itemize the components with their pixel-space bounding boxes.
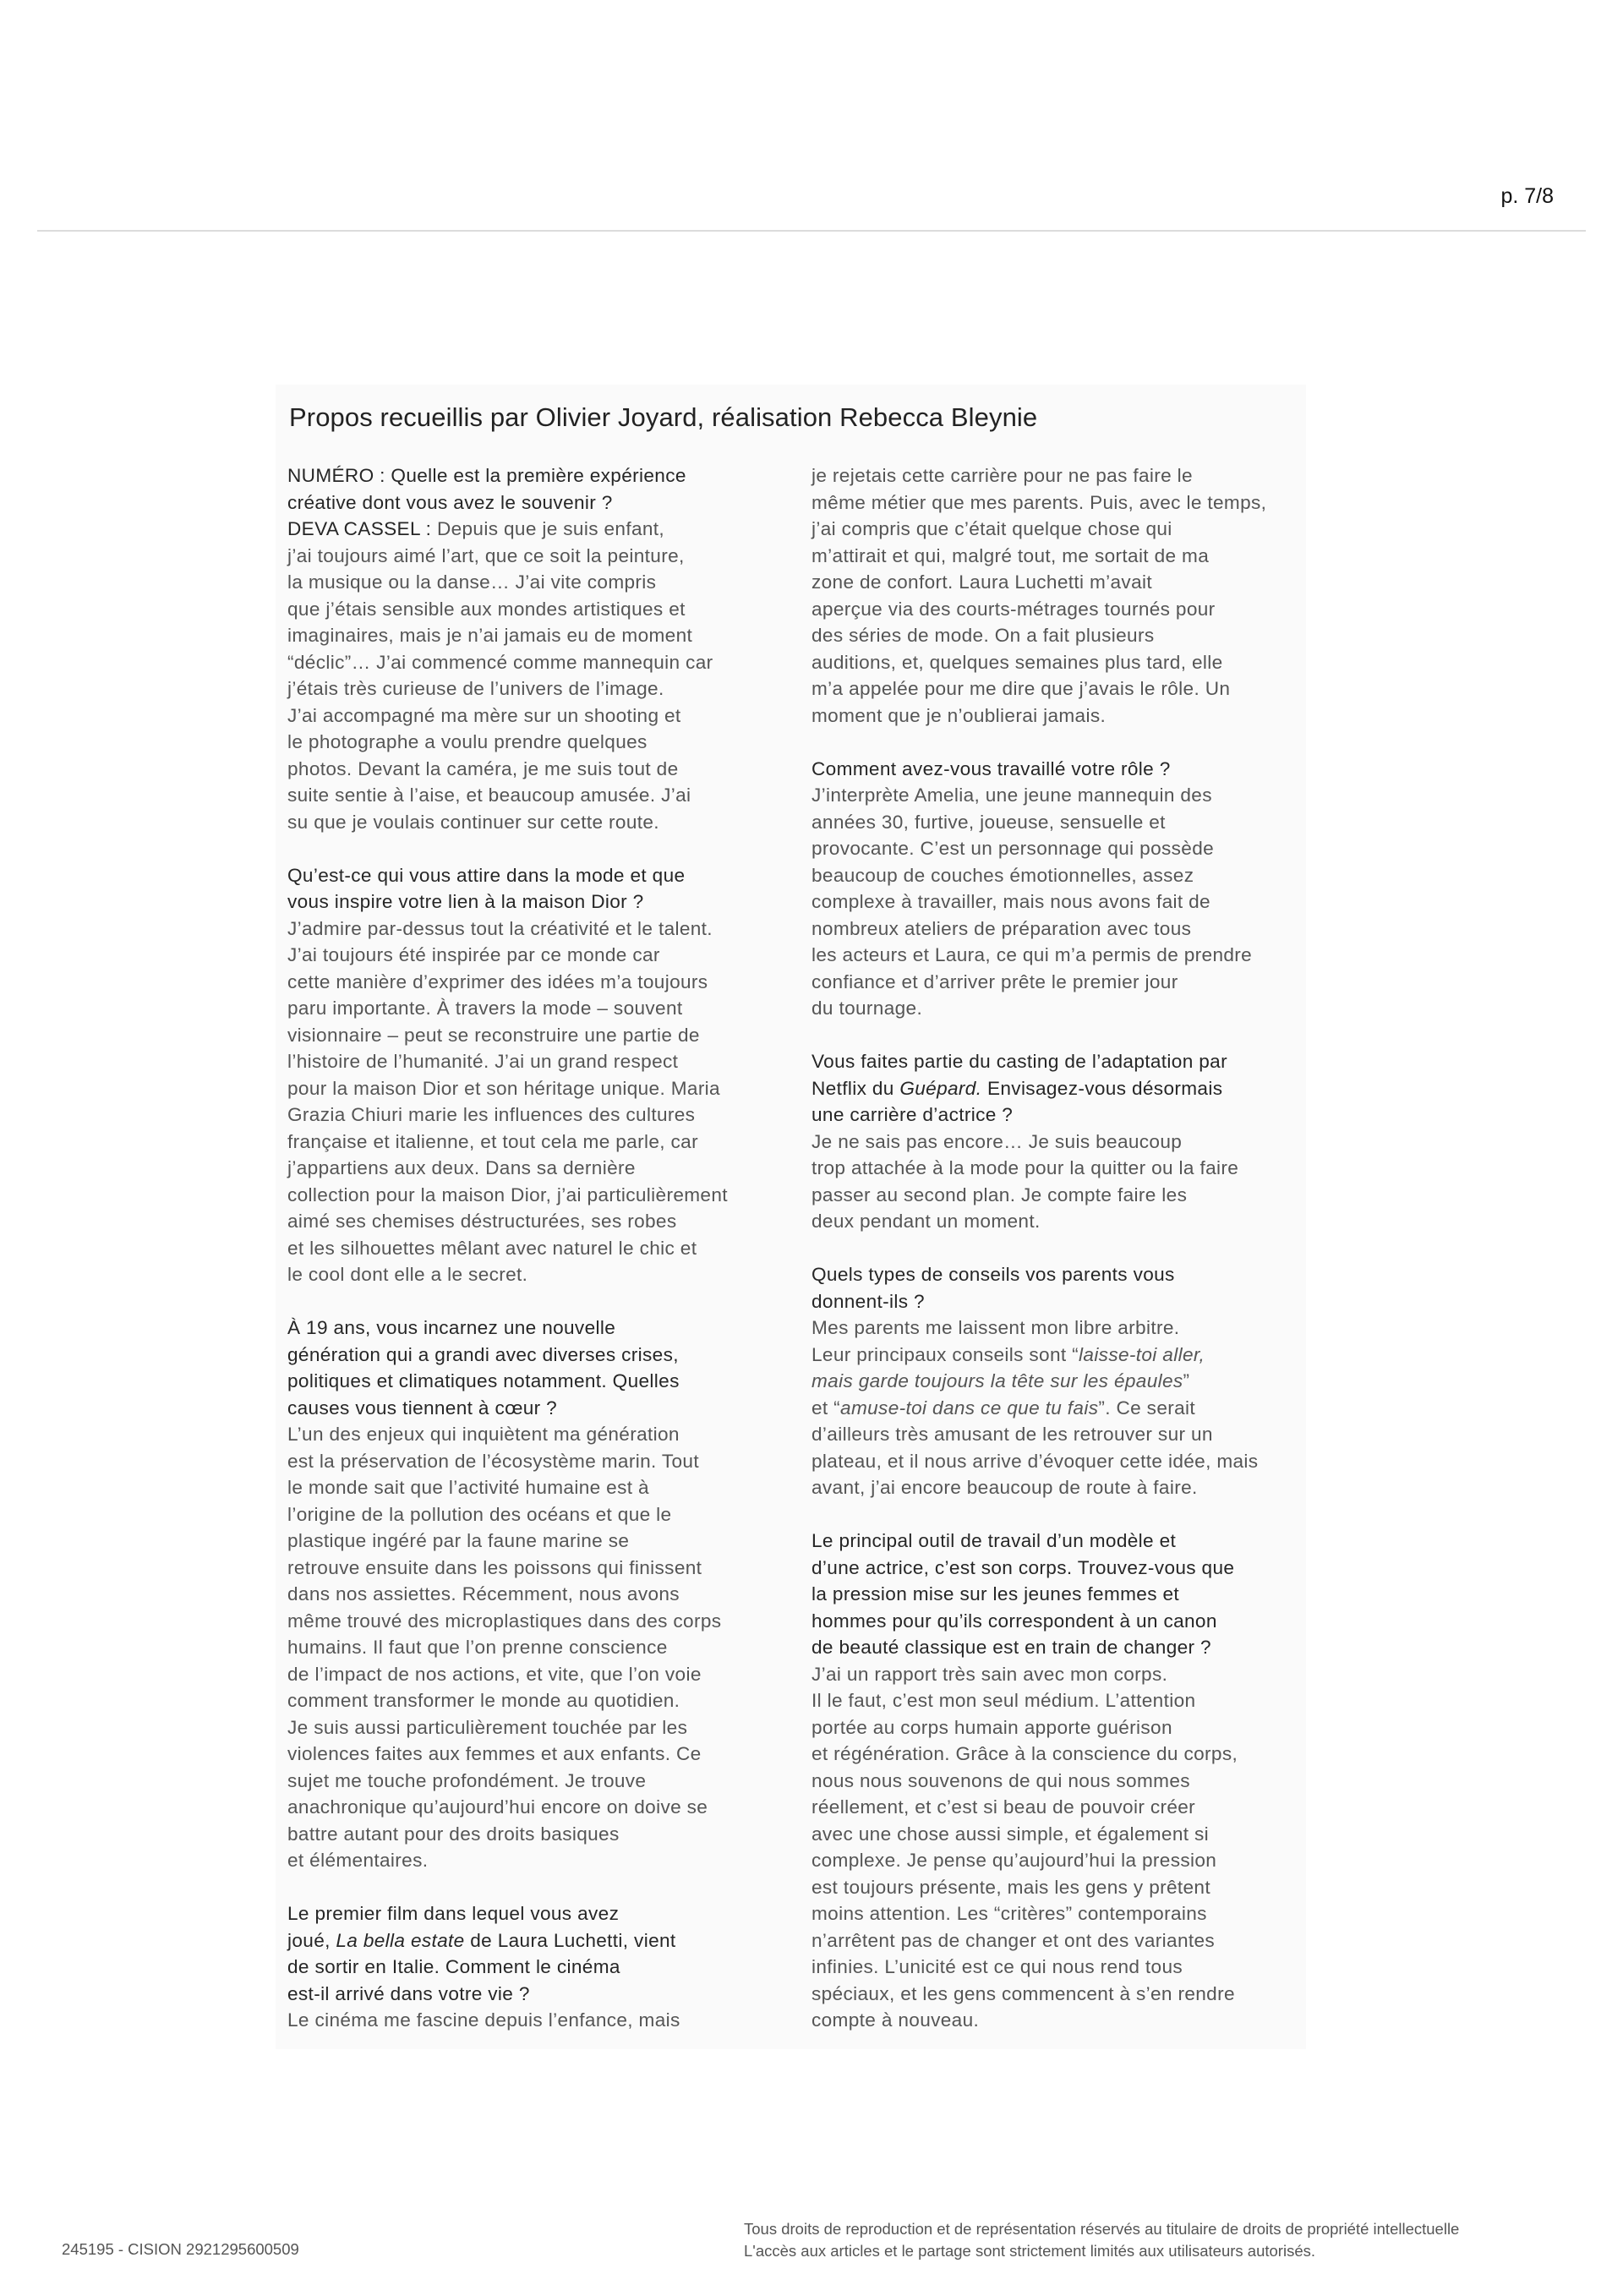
question-line: NUMÉRO : Quelle est la première expérien…	[287, 462, 761, 489]
question-line: À 19 ans, vous incarnez une nouvelle	[287, 1315, 761, 1342]
answer-line: provocante. C’est un personnage qui poss…	[811, 835, 1285, 862]
answer-line: Je suis aussi particulièrement touchée p…	[287, 1714, 761, 1741]
answer-line: du tournage.	[811, 995, 1285, 1022]
answer-line: L’un des enjeux qui inquiètent ma généra…	[287, 1421, 761, 1448]
answer-line: suite sentie à l’aise, et beaucoup amusé…	[287, 782, 761, 809]
answer-line: Grazia Chiuri marie les influences des c…	[287, 1102, 761, 1129]
paragraph-gap	[811, 1022, 1285, 1049]
question-line: Quels types de conseils vos parents vous	[811, 1261, 1285, 1288]
answer-line: compte à nouveau.	[811, 2007, 1285, 2034]
answer-line: le cool dont elle a le secret.	[287, 1261, 761, 1288]
answer-line: imaginaires, mais je n’ai jamais eu de m…	[287, 622, 761, 649]
answer-line: même métier que mes parents. Puis, avec …	[811, 489, 1285, 517]
answer-line: la musique ou la danse… J’ai vite compri…	[287, 569, 761, 596]
answer-line: j’ai compris que c’était quelque chose q…	[811, 516, 1285, 543]
paragraph-gap	[811, 729, 1285, 756]
answer-line: je rejetais cette carrière pour ne pas f…	[811, 462, 1285, 489]
text-run: ”	[1183, 1370, 1190, 1391]
answer-line: mais garde toujours la tête sur les épau…	[811, 1368, 1285, 1395]
answer-line: de l’impact de nos actions, et vite, que…	[287, 1661, 761, 1688]
question-line: Qu’est-ce qui vous attire dans la mode e…	[287, 862, 761, 889]
question-line: Le principal outil de travail d’un modèl…	[811, 1528, 1285, 1555]
answer-line: j’appartiens aux deux. Dans sa dernière	[287, 1155, 761, 1182]
answer-line: zone de confort. Laura Luchetti m’avait	[811, 569, 1285, 596]
question-line: politiques et climatiques notamment. Que…	[287, 1368, 761, 1395]
answer-line: m’attirait et qui, malgré tout, me sorta…	[811, 543, 1285, 570]
text-run: Netflix du	[811, 1078, 899, 1099]
question-line: joué, La bella estate de Laura Luchetti,…	[287, 1927, 761, 1954]
answer-line: aperçue via des courts-métrages tournés …	[811, 596, 1285, 623]
question-line: d’une actrice, c’est son corps. Trouvez-…	[811, 1555, 1285, 1582]
answer-line: confiance et d’arriver prête le premier …	[811, 969, 1285, 996]
answer-line: est toujours présente, mais les gens y p…	[811, 1874, 1285, 1901]
article-credit: Propos recueillis par Olivier Joyard, ré…	[289, 402, 1037, 433]
answer-line: cette manière d’exprimer des idées m’a t…	[287, 969, 761, 996]
answer-line: pour la maison Dior et son héritage uniq…	[287, 1075, 761, 1102]
answer-line: J’ai un rapport très sain avec mon corps…	[811, 1661, 1285, 1688]
answer-line: française et italienne, et tout cela me …	[287, 1129, 761, 1156]
answer-line: battre autant pour des droits basiques	[287, 1821, 761, 1848]
question-line: causes vous tiennent à cœur ?	[287, 1395, 761, 1422]
answer-line: moins attention. Les “critères” contempo…	[811, 1900, 1285, 1927]
answer-line: beaucoup de couches émotionnelles, assez	[811, 862, 1285, 889]
answer-line: j’ai toujours aimé l’art, que ce soit la…	[287, 543, 761, 570]
answer-line: Leur principaux conseils sont “laisse-to…	[811, 1342, 1285, 1369]
text-run: de Laura Luchetti, vient	[465, 1930, 676, 1951]
answer-line: plateau, et il nous arrive d’évoquer cet…	[811, 1448, 1285, 1475]
italic-text: Guépard.	[899, 1078, 981, 1099]
answer-line: j’étais très curieuse de l’univers de l’…	[287, 675, 761, 702]
answer-line: le monde sait que l’activité humaine est…	[287, 1474, 761, 1501]
header-divider	[37, 230, 1586, 232]
answer-line: nous nous souvenons de qui nous sommes	[811, 1768, 1285, 1795]
text-run: Leur principaux conseils sont “	[811, 1344, 1079, 1365]
answer-line: humains. Il faut que l’on prenne conscie…	[287, 1634, 761, 1661]
answer-line: Mes parents me laissent mon libre arbitr…	[811, 1315, 1285, 1342]
question-line: génération qui a grandi avec diverses cr…	[287, 1342, 761, 1369]
answer-line: les acteurs et Laura, ce qui m’a permis …	[811, 942, 1285, 969]
article-column-left: NUMÉRO : Quelle est la première expérien…	[287, 462, 761, 2034]
page-indicator: p. 7/8	[1500, 184, 1554, 209]
answer-line: retrouve ensuite dans les poissons qui f…	[287, 1555, 761, 1582]
answer-line: Je ne sais pas encore… Je suis beaucoup	[811, 1129, 1285, 1156]
answer-line: que j’étais sensible aux mondes artistiq…	[287, 596, 761, 623]
italic-text: La bella estate	[336, 1930, 464, 1951]
answer-line: J’admire par-dessus tout la créativité e…	[287, 916, 761, 943]
answer-line: nombreux ateliers de préparation avec to…	[811, 916, 1285, 943]
answer-line: su que je voulais continuer sur cette ro…	[287, 809, 761, 836]
answer-line: J’ai toujours été inspirée par ce monde …	[287, 942, 761, 969]
answer-line: photos. Devant la caméra, je me suis tou…	[287, 756, 761, 783]
answer-line: portée au corps humain apporte guérison	[811, 1714, 1285, 1741]
legal-notice-line-1: Tous droits de reproduction et de représ…	[744, 2218, 1459, 2240]
paragraph-gap	[811, 1501, 1285, 1528]
answer-line: l’origine de la pollution des océans et …	[287, 1501, 761, 1528]
answer-line: avant, j’ai encore beaucoup de route à f…	[811, 1474, 1285, 1501]
answer-line: plastique ingéré par la faune marine se	[287, 1528, 761, 1555]
text-run: joué,	[287, 1930, 336, 1951]
question-line: de sortir en Italie. Comment le cinéma	[287, 1954, 761, 1981]
answer-line: comment transformer le monde au quotidie…	[287, 1687, 761, 1714]
legal-notice-line-2: L'accès aux articles et le partage sont …	[744, 2240, 1459, 2262]
question-line: Le premier film dans lequel vous avez	[287, 1900, 761, 1927]
question-line: est-il arrivé dans votre vie ?	[287, 1981, 761, 2008]
italic-text: mais garde toujours la tête sur les épau…	[811, 1370, 1183, 1391]
answer-line: réellement, et c’est si beau de pouvoir …	[811, 1794, 1285, 1821]
text-run: DEVA CASSEL :	[287, 518, 437, 539]
text-run: ”. Ce serait	[1098, 1397, 1195, 1419]
text-run: et “	[811, 1397, 840, 1419]
answer-line: le photographe a voulu prendre quelques	[287, 729, 761, 756]
article-panel: Propos recueillis par Olivier Joyard, ré…	[276, 385, 1306, 2049]
answer-line: passer au second plan. Je compte faire l…	[811, 1182, 1285, 1209]
question-line: vous inspire votre lien à la maison Dior…	[287, 888, 761, 916]
question-line: la pression mise sur les jeunes femmes e…	[811, 1581, 1285, 1608]
legal-notice: Tous droits de reproduction et de représ…	[744, 2218, 1459, 2262]
paragraph-gap	[287, 835, 761, 862]
answer-line: violences faites aux femmes et aux enfan…	[287, 1741, 761, 1768]
answer-line: est la préservation de l’écosystème mari…	[287, 1448, 761, 1475]
answer-line: DEVA CASSEL : Depuis que je suis enfant,	[287, 516, 761, 543]
text-run: Envisagez-vous désormais	[981, 1078, 1222, 1099]
paragraph-gap	[811, 1235, 1285, 1262]
answer-line: auditions, et, quelques semaines plus ta…	[811, 649, 1285, 676]
answer-line: Il le faut, c’est mon seul médium. L’att…	[811, 1687, 1285, 1714]
question-line: hommes pour qu’ils correspondent à un ca…	[811, 1608, 1285, 1635]
answer-line: avec une chose aussi simple, et égalemen…	[811, 1821, 1285, 1848]
answer-line: paru importante. À travers la mode – sou…	[287, 995, 761, 1022]
question-line: créative dont vous avez le souvenir ?	[287, 489, 761, 517]
answer-line: infinies. L’unicité est ce qui nous rend…	[811, 1954, 1285, 1981]
answer-line: anachronique qu’aujourd’hui encore on do…	[287, 1794, 761, 1821]
italic-text: laisse-toi aller,	[1079, 1344, 1205, 1365]
text-run: Depuis que je suis enfant,	[437, 518, 664, 539]
question-line: une carrière d’actrice ?	[811, 1102, 1285, 1129]
answer-line: J’ai accompagné ma mère sur un shooting …	[287, 702, 761, 730]
answer-line: moment que je n’oublierai jamais.	[811, 702, 1285, 730]
article-column-right: je rejetais cette carrière pour ne pas f…	[811, 462, 1285, 2034]
answer-line: années 30, furtive, joueuse, sensuelle e…	[811, 809, 1285, 836]
answer-line: spéciaux, et les gens commencent à s’en …	[811, 1981, 1285, 2008]
answer-line: et régénération. Grâce à la conscience d…	[811, 1741, 1285, 1768]
answer-line: dans nos assiettes. Récemment, nous avon…	[287, 1581, 761, 1608]
answer-line: collection pour la maison Dior, j’ai par…	[287, 1182, 761, 1209]
answer-line: Le cinéma me fascine depuis l’enfance, m…	[287, 2007, 761, 2034]
italic-text: amuse-toi dans ce que tu fais	[840, 1397, 1098, 1419]
answer-line: complexe. Je pense qu’aujourd’hui la pre…	[811, 1847, 1285, 1874]
answer-line: m’a appelée pour me dire que j’avais le …	[811, 675, 1285, 702]
answer-line: et élémentaires.	[287, 1847, 761, 1874]
answer-line: et “amuse-toi dans ce que tu fais”. Ce s…	[811, 1395, 1285, 1422]
answer-line: “déclic”… J’ai commencé comme mannequin …	[287, 649, 761, 676]
answer-line: deux pendant un moment.	[811, 1208, 1285, 1235]
answer-line: même trouvé des microplastiques dans des…	[287, 1608, 761, 1635]
question-line: Comment avez-vous travaillé votre rôle ?	[811, 756, 1285, 783]
question-line: Vous faites partie du casting de l’adapt…	[811, 1048, 1285, 1075]
answer-line: des séries de mode. On a fait plusieurs	[811, 622, 1285, 649]
answer-line: J’interprète Amelia, une jeune mannequin…	[811, 782, 1285, 809]
paragraph-gap	[287, 1288, 761, 1315]
question-line: Netflix du Guépard. Envisagez-vous désor…	[811, 1075, 1285, 1102]
answer-line: trop attachée à la mode pour la quitter …	[811, 1155, 1285, 1182]
answer-line: d’ailleurs très amusant de les retrouver…	[811, 1421, 1285, 1448]
question-line: de beauté classique est en train de chan…	[811, 1634, 1285, 1661]
answer-line: et les silhouettes mêlant avec naturel l…	[287, 1235, 761, 1262]
answer-line: n’arrêtent pas de changer et ont des var…	[811, 1927, 1285, 1954]
paragraph-gap	[287, 1874, 761, 1901]
document-id: 245195 - CISION 2921295600509	[62, 2240, 299, 2259]
answer-line: complexe à travailler, mais nous avons f…	[811, 888, 1285, 916]
answer-line: sujet me touche profondément. Je trouve	[287, 1768, 761, 1795]
answer-line: visionnaire – peut se reconstruire une p…	[287, 1022, 761, 1049]
answer-line: aimé ses chemises déstructurées, ses rob…	[287, 1208, 761, 1235]
answer-line: l’histoire de l’humanité. J’ai un grand …	[287, 1048, 761, 1075]
question-line: donnent-ils ?	[811, 1288, 1285, 1315]
